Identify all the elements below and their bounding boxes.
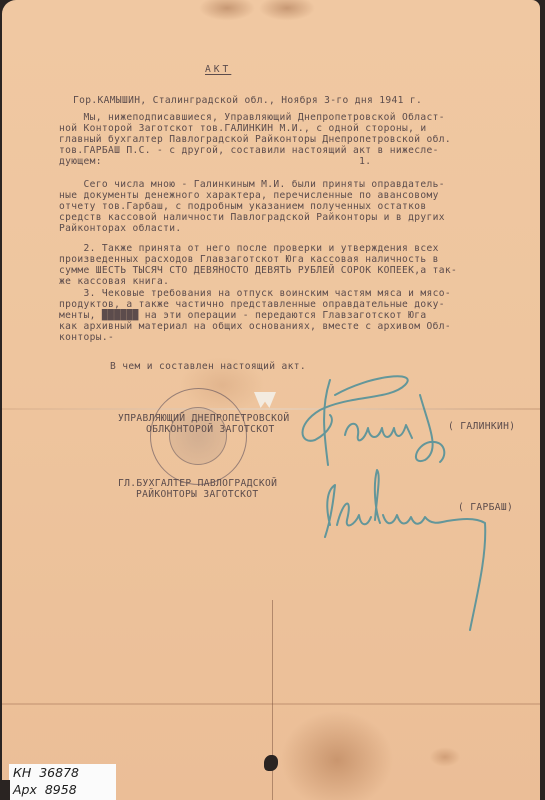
official-stamp <box>150 388 247 485</box>
archive-book-number: КН 36878 <box>13 765 79 780</box>
body-line: же кассовая книга. <box>59 277 169 287</box>
body-line: Райконторах области. <box>59 224 182 234</box>
body-line: ной Конторой Заготскот тов.ГАЛИНКИН М.И.… <box>59 124 427 134</box>
page-corner <box>0 780 10 800</box>
archive-label: КН 36878 Арх 8958 <box>9 764 116 800</box>
fold-line <box>2 703 540 705</box>
body-line: 2. Также принята от него после проверки … <box>59 244 439 254</box>
body-line: продуктов, а также частично представленн… <box>59 300 445 310</box>
body-line: Мы, нижеподписавшиеся, Управляющий Днепр… <box>59 113 445 123</box>
body-line: менты, ██████ на эти операции - передают… <box>59 311 427 321</box>
body-line: дующем: 1. <box>59 157 371 167</box>
body-line: 3. Чековые требования на отпуск воинским… <box>59 289 451 299</box>
body-line: средств кассовой наличности Павлоградско… <box>59 213 445 223</box>
signatory-title: ГЛ.БУХГАЛТЕР ПАВЛОГРАДСКОЙ <box>118 479 277 489</box>
body-line: как архивный материал на общих основания… <box>59 322 451 332</box>
archive-number: Арх 8958 <box>13 782 77 797</box>
signatory-title: РАЙКОНТОРЫ ЗАГОТСКОТ <box>136 490 259 500</box>
signature-garbash <box>315 465 505 640</box>
body-line: сумме ШЕСТЬ ТЫСЯЧ СТО ДЕВЯНОСТО ДЕВЯТЬ Р… <box>59 266 457 276</box>
header-line: Гор.КАМЫШИН, Сталинградской обл., Ноября… <box>73 96 422 106</box>
body-line: отчету тов.Гарбаш, с подробным указанием… <box>59 202 427 212</box>
body-line: ные документы денежного характера, переч… <box>59 191 439 201</box>
signatory-title: ОБЛКОНТОРОЙ ЗАГОТСКОТ <box>146 425 275 435</box>
signatory-title: УПРАВЛЯЮЩИЙ ДНЕПРОПЕТРОВСКОЙ <box>118 414 290 424</box>
body-line: произведенных расходов Главзаготскот Юга… <box>59 255 439 265</box>
document-title: АКТ <box>205 65 231 75</box>
body-line: конторы.- <box>59 333 114 343</box>
body-line: главный бухгалтер Павлоградской Райконто… <box>59 135 451 145</box>
paper-tear <box>254 392 276 408</box>
closing-line: В чем и составлен настоящий акт. <box>110 362 306 372</box>
body-line: тов.ГАРБАШ П.С. - с другой, составили на… <box>59 146 439 156</box>
signature-galinkin <box>290 370 470 480</box>
paper-hole <box>264 755 278 771</box>
body-line: Сего числа мною - Галинкиным М.И. были п… <box>59 180 445 190</box>
